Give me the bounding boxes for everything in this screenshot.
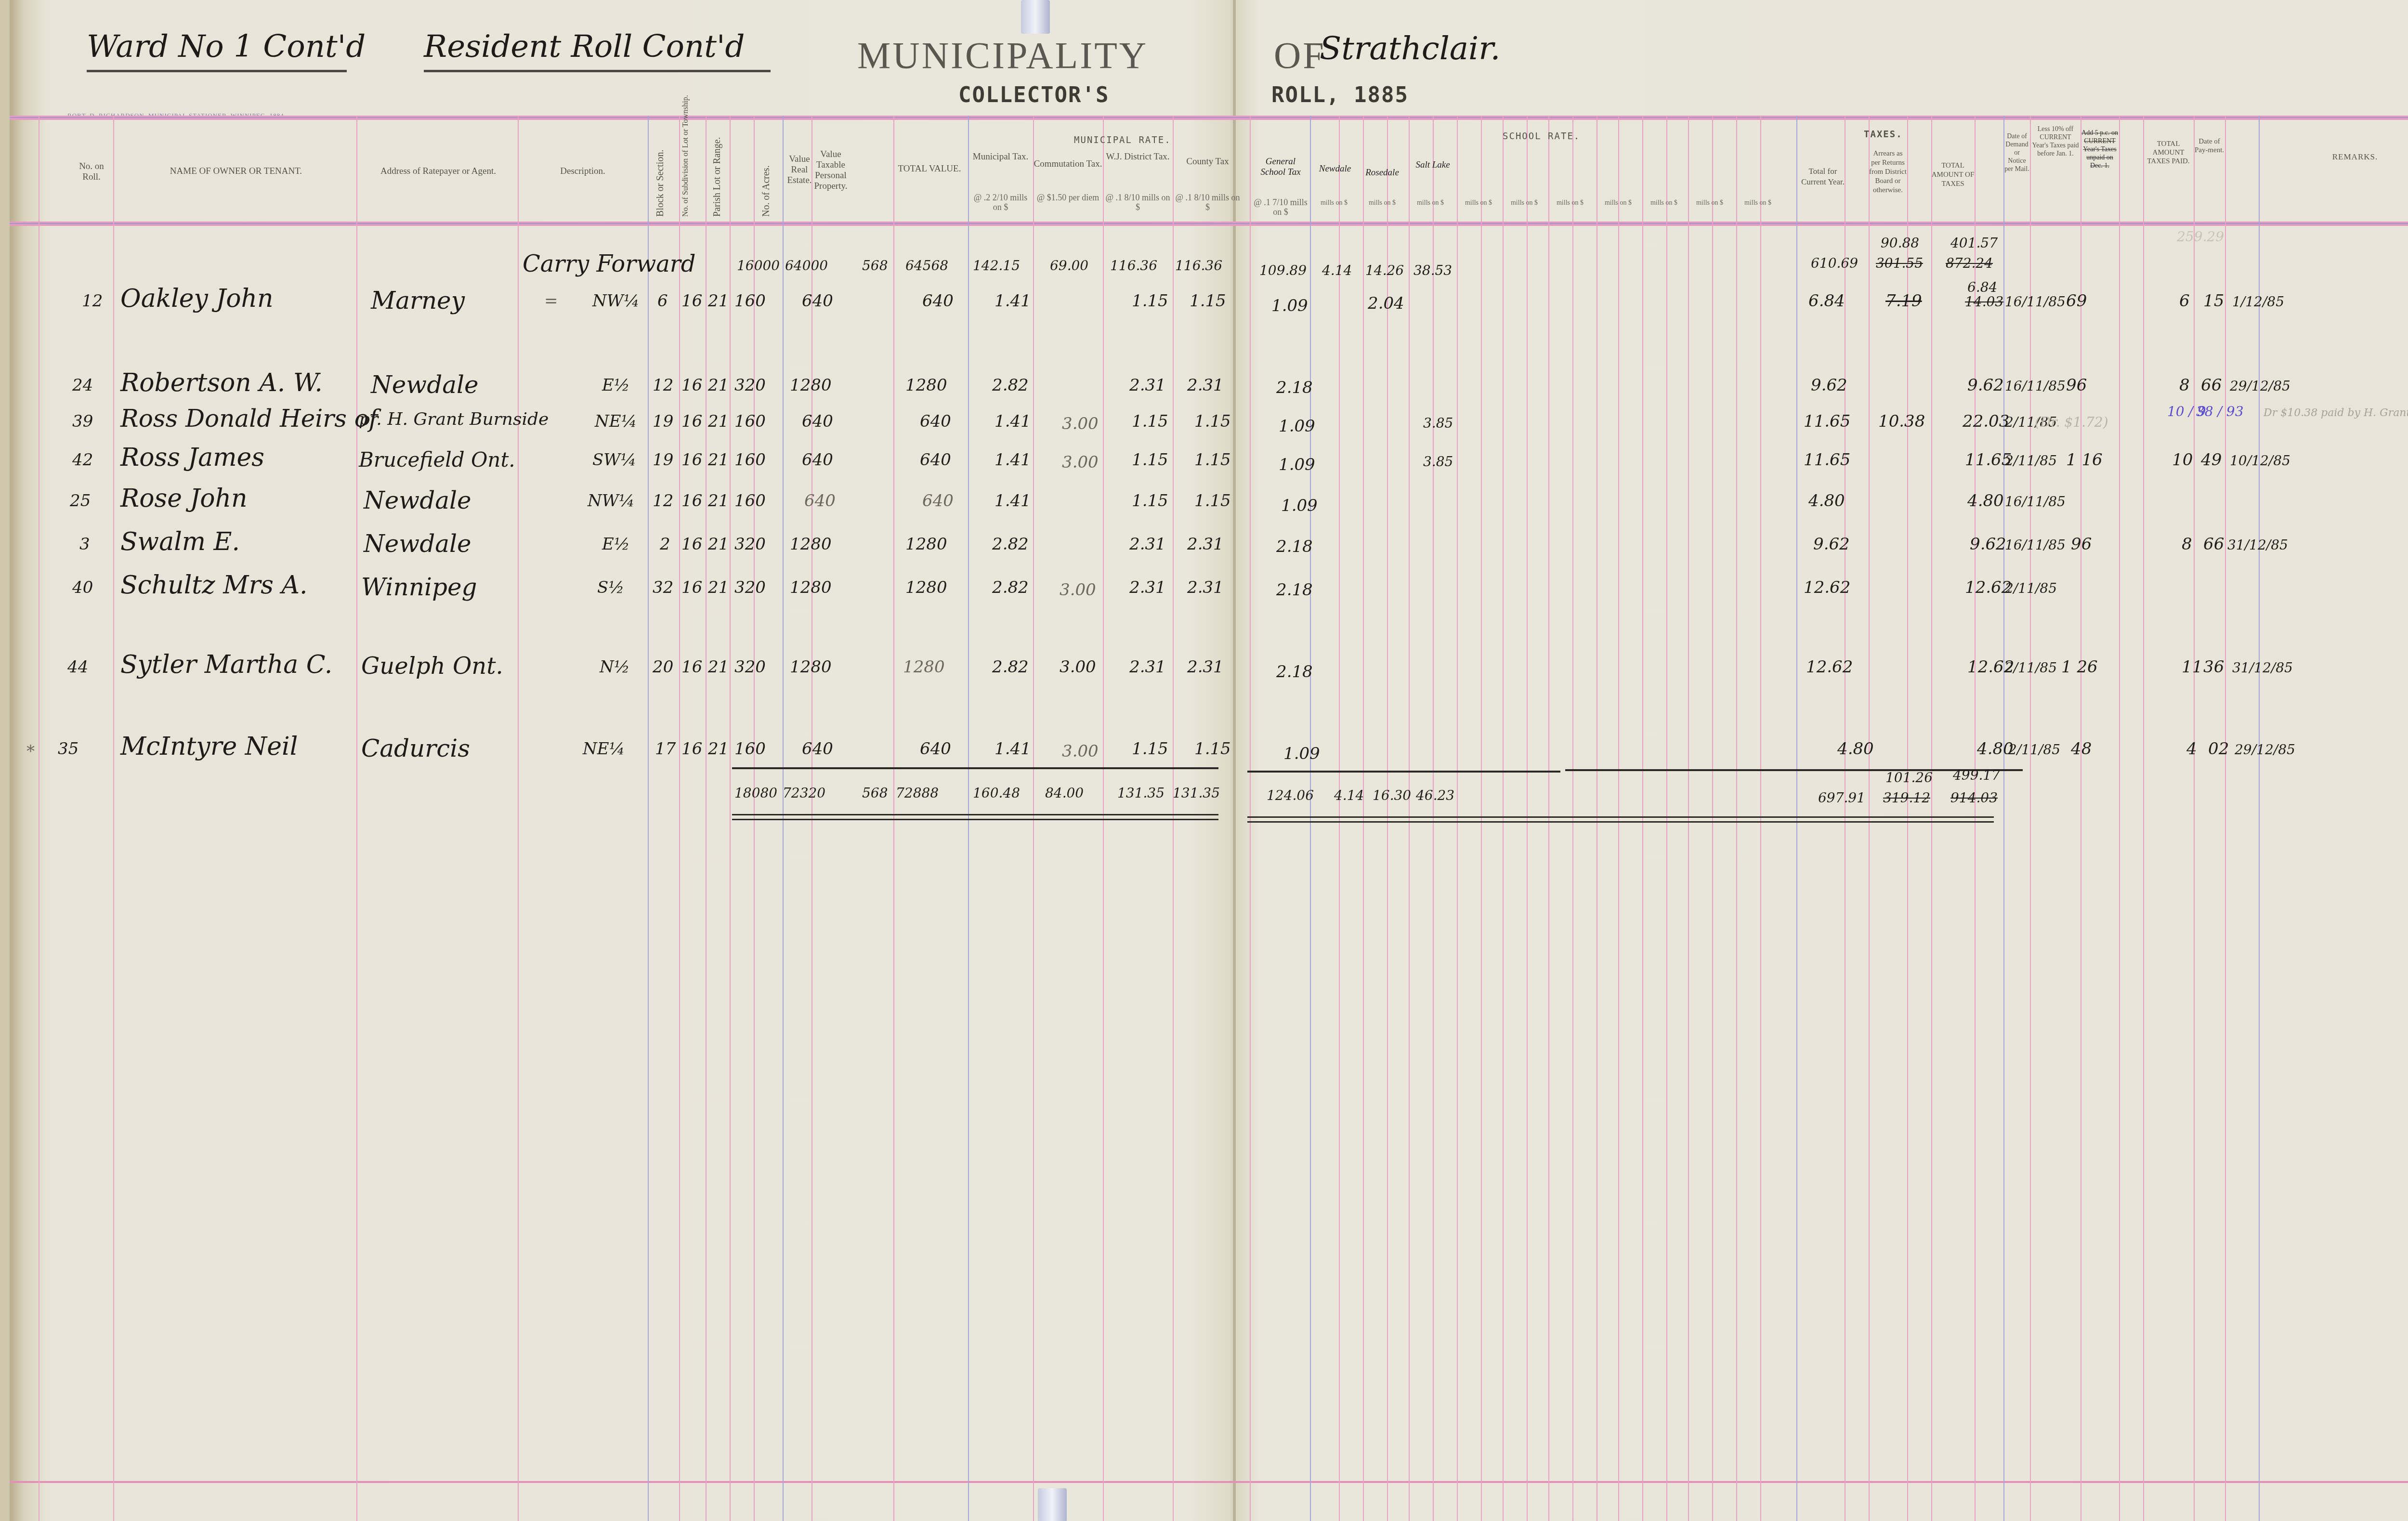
row-paid-cents: 36 (2203, 657, 2224, 677)
row-paid-cents: 15 (2203, 291, 2224, 311)
row-general-school: 1.09 (1283, 744, 1320, 763)
row-commutation: 3.00 (1062, 742, 1099, 761)
header-date-payment: Date of Pay-ment. (2194, 137, 2225, 155)
row-less: 1 16 (2066, 450, 2103, 470)
row-address: Brucefield Ont. (359, 448, 515, 472)
row-date-paid: 1/12/85 (2232, 294, 2284, 310)
row-county: 1.15 (1194, 450, 1231, 470)
row-total-value: 640 (920, 412, 951, 431)
row-real-estate: 1280 (790, 535, 832, 554)
row-municipal: 1.41 (995, 291, 1031, 311)
row-acres: 160 (734, 739, 766, 759)
row-total-taxes: 9.62 (1970, 535, 2006, 554)
of-heading: OF (1274, 34, 1326, 77)
header-add-5: Add 5 p.c. on CURRENT Year's Taxes unpai… (2081, 129, 2119, 170)
total-acres: 18080 (734, 785, 777, 801)
col-line (706, 116, 707, 1521)
col-line (2030, 116, 2031, 1521)
row-township: 16 (681, 376, 702, 395)
collectors-heading: COLLECTOR'S (958, 83, 1109, 107)
row-real-estate: 1280 (790, 657, 832, 677)
cf-total-taxes: 401.57 (1950, 235, 1998, 251)
row-paid-cents: 66 (2201, 376, 2222, 395)
row-real-estate: 640 (802, 291, 833, 311)
row-date-demand: 16/11/85 (2005, 294, 2066, 310)
row-real-estate: 640 (802, 739, 833, 759)
row-no: 42 (72, 450, 93, 470)
row-total-current: 11.65 (1804, 412, 1850, 431)
row-district: 1.15 (1132, 739, 1168, 759)
row-date-demand: 16/11/85 (2005, 378, 2066, 394)
cf-arrears: 90.88 (1881, 235, 1919, 251)
row-sub: 20 (653, 657, 673, 677)
header-salt-lake: Salt Lake (1406, 160, 1459, 170)
row-total-value: 1280 (903, 657, 945, 677)
rate-school-blank: mills on $ (1736, 198, 1780, 208)
row-total-current: 9.62 (1813, 535, 1850, 554)
cf-rosedale: 14.26 (1365, 262, 1404, 278)
total-county: 131.35 (1173, 785, 1220, 801)
header-municipal-rate: MUNICIPAL RATE. (1074, 135, 1171, 145)
row-no: 40 (72, 578, 93, 597)
row-general-school: 1.09 (1281, 496, 1318, 515)
header-no-on-roll: No. on Roll. (72, 161, 111, 183)
col-line (2119, 116, 2120, 1521)
col-line (2259, 116, 2260, 1521)
header-total-current: Total for Current Year. (1799, 166, 1847, 187)
row-name: Oakley John (120, 284, 274, 313)
row-county: 1.15 (1190, 291, 1226, 311)
row-commutation: 3.00 (1062, 453, 1099, 472)
header-commutation: Commutation Tax. (1033, 159, 1103, 170)
binder-clip-bottom (1038, 1488, 1067, 1521)
col-line (518, 116, 519, 1521)
row-range: 21 (708, 291, 729, 311)
total-personal: 568 (862, 785, 888, 801)
col-line (2194, 116, 2195, 1521)
row-block: NW¼ (588, 491, 635, 511)
row-acres: 160 (734, 450, 766, 470)
row-acres: 160 (734, 491, 766, 511)
row-county: 2.31 (1187, 535, 1224, 554)
row-paid-cents: 66 (2203, 535, 2224, 554)
row-range: 21 (708, 578, 729, 597)
row-municipal: 2.82 (992, 657, 1029, 677)
row-block: E½ (602, 376, 630, 395)
col-line (356, 116, 357, 1521)
row-paid-dollars: 4 (2186, 739, 2197, 759)
rate-county: @ .1 8/10 mills on $ (1173, 193, 1243, 212)
row-less: 1 26 (2061, 657, 2098, 677)
row-paid-dollars: 8 (2179, 376, 2190, 395)
total-total-current: 697.91 (1818, 790, 1865, 806)
row-rosedale: 2.04 (1368, 294, 1404, 313)
row-paid-dollars: 11 (2182, 657, 2202, 677)
rate-school-blank: mills on $ (1361, 198, 1404, 208)
cf-total-taxes-struck: 872.24 (1946, 255, 1993, 271)
row-name: Schultz Mrs A. (120, 571, 308, 600)
row-no: 39 (72, 412, 93, 431)
row-salt-lake: 3.85 (1423, 415, 1453, 431)
row-township: 16 (681, 291, 702, 311)
row-address: Newdale (364, 486, 471, 514)
row-date-demand: 2/11/85 (2005, 453, 2057, 469)
total-double-rule-left (732, 814, 1218, 820)
total-arrears: 101.26 (1885, 770, 1933, 786)
header-description: Description. (539, 166, 626, 177)
municipality-name: Strathclair. (1320, 30, 1500, 67)
row-district: 2.31 (1129, 535, 1166, 554)
row-range: 21 (708, 739, 729, 759)
row-name: Ross James (120, 443, 264, 472)
col-line (2081, 116, 2081, 1521)
cf-district: 116.36 (1110, 258, 1157, 274)
row-general-school: 2.18 (1276, 662, 1313, 682)
row-total-value: 1280 (905, 535, 947, 554)
cf-salt-lake: 38.53 (1413, 262, 1452, 278)
roll-type-title: Resident Roll Cont'd (424, 29, 745, 65)
row-address: Winnipeg (361, 573, 477, 601)
row-total-taxes: 22.03 (1963, 412, 2009, 431)
header-newdale: Newdale (1311, 164, 1359, 174)
row-paid-cents: 38 / 93 (2196, 404, 2244, 420)
row-no: 12 (82, 291, 103, 311)
row-general-school: 2.18 (1276, 378, 1313, 397)
row-sub: 19 (653, 450, 673, 470)
col-line (2003, 116, 2004, 1521)
col-line (730, 116, 731, 1521)
row-name: Sytler Martha C. (120, 650, 332, 679)
row-township: 16 (681, 535, 702, 554)
row-address: Cadurcis (361, 734, 470, 762)
row-block: NW¼ (592, 291, 640, 311)
rate-school-blank: mills on $ (1503, 198, 1546, 208)
header-municipal-tax: Municipal Tax. (970, 152, 1031, 162)
row-total-current: 12.62 (1804, 578, 1850, 597)
row-no: 25 (70, 491, 91, 511)
rate-school-blank: mills on $ (1688, 198, 1731, 208)
binder-clip-top (1021, 0, 1050, 34)
row-arrears: 10.38 (1878, 412, 1925, 431)
header-district-tax: W.J. District Tax. (1103, 152, 1173, 162)
row-sub: 12 (653, 376, 673, 395)
rate-school-blank: mills on $ (1597, 198, 1640, 208)
rate-school-blank: mills on $ (1548, 198, 1592, 208)
total-district: 131.35 (1117, 785, 1165, 801)
row-township: 16 (681, 491, 702, 511)
header-total-amount-taxes: TOTAL AMOUNT OF TAXES (1931, 161, 1975, 189)
header-total-value: TOTAL VALUE. (896, 164, 963, 174)
row-county: 2.31 (1187, 657, 1224, 677)
cf-municipal: 142.15 (973, 258, 1020, 274)
rate-commutation: @ $1.50 per diem (1033, 193, 1103, 202)
row-block: S½ (597, 578, 624, 597)
header-date-demand: Date of Demand or Notice per Mail. (2004, 132, 2029, 173)
rate-district: @ .1 8/10 mills on $ (1103, 193, 1173, 212)
rate-school-blank: mills on $ (1409, 198, 1452, 208)
row-address: Guelph Ont. (361, 653, 503, 680)
row-paid-dollars: 6 (2179, 291, 2190, 311)
total-total-taxes-struck: 914.03 (1950, 790, 1998, 806)
row-county: 2.31 (1187, 376, 1224, 395)
row-total-value: 640 (922, 291, 954, 311)
row-total-current: 9.62 (1811, 376, 1847, 395)
total-commutation: 84.00 (1045, 785, 1084, 801)
row-name: Robertson A. W. (120, 368, 323, 397)
row-less: 96 (2066, 376, 2087, 395)
row-name: Ross Donald Heirs of (120, 405, 378, 433)
row-acres: 320 (734, 657, 766, 677)
faint-total: 259.29 (2177, 229, 2224, 245)
row-municipal: 1.41 (995, 450, 1031, 470)
row-total-taxes: 6.84 (1967, 279, 1997, 295)
total-general-school: 124.06 (1267, 787, 1314, 803)
row-municipal: 1.41 (995, 739, 1031, 759)
row-less: 96 (2071, 535, 2092, 554)
row-district: 2.31 (1129, 376, 1166, 395)
row-township: 16 (681, 412, 702, 431)
header-county-tax: County Tax (1173, 157, 1243, 167)
rate-school-blank: mills on $ (1642, 198, 1686, 208)
row-less: 69 (2066, 291, 2087, 311)
row-total-current: 4.80 (1808, 491, 1845, 511)
header-top-rule (10, 116, 2408, 120)
roll-type-underline (424, 70, 771, 72)
total-rosedale: 16.30 (1373, 787, 1411, 803)
row-range: 21 (708, 535, 729, 554)
row-general-school: 2.18 (1276, 580, 1313, 600)
subtotal-rule-right (1247, 771, 1560, 773)
row-no: 3 (79, 535, 90, 554)
row-real-estate: 1280 (790, 578, 832, 597)
total-total-value: 72888 (896, 785, 939, 801)
row-date-paid: 31/12/85 (2227, 537, 2288, 553)
row-less: 48 (2071, 739, 2092, 759)
row-district: 1.15 (1132, 491, 1168, 511)
cf-newdale: 4.14 (1322, 262, 1352, 278)
cf-arrears-struck: 301.55 (1876, 255, 1923, 271)
header-parish: Parish Lot or Range. (712, 130, 723, 217)
row-range: 21 (708, 491, 729, 511)
row-remarks: Dr $10.38 paid by H. Grant 10/12/85 — Pa… (2264, 407, 2408, 419)
row-date-demand: 16/11/85 (2005, 537, 2066, 553)
col-line (2225, 116, 2226, 1521)
row-description: = (544, 291, 558, 311)
row-total-current: 12.62 (1806, 657, 1853, 677)
row-paid-cents: 49 (2201, 450, 2222, 470)
row-paid-dollars: 10 (2172, 450, 2193, 470)
row-acres: 160 (734, 412, 766, 431)
header-address: Address of Ratepayer or Agent. (361, 166, 515, 177)
row-township: 16 (681, 450, 702, 470)
row-real-estate: 1280 (790, 376, 832, 395)
row-district: 1.15 (1132, 450, 1168, 470)
cf-personal: 568 (862, 258, 888, 274)
row-real-estate: 640 (804, 491, 836, 511)
row-general-school: 1.09 (1279, 455, 1315, 474)
row-county: 1.15 (1194, 412, 1231, 431)
row-date-paid: 31/12/85 (2232, 660, 2293, 676)
row-general-school: 1.09 (1271, 296, 1308, 315)
row-total-current: 4.80 (1837, 739, 1874, 759)
row-block: N½ (600, 657, 630, 677)
faint-note: (Dr. $1.72) (2035, 414, 2108, 430)
row-date-demand: 2/11/85 (2005, 660, 2057, 676)
row-commutation: 3.00 (1060, 657, 1096, 677)
header-acres: No. of Acres. (761, 164, 772, 217)
row-commutation: 3.00 (1060, 580, 1096, 600)
row-commutation: 3.00 (1062, 414, 1099, 433)
row-no: 35 (58, 739, 79, 759)
row-salt-lake: 3.85 (1423, 454, 1453, 470)
row-paid-cents: 02 (2208, 739, 2229, 759)
row-township: 16 (681, 739, 702, 759)
rate-municipal: @ .2 2/10 mills on $ (970, 193, 1031, 212)
row-district: 2.31 (1129, 657, 1166, 677)
row-total-current: 11.65 (1804, 450, 1850, 470)
cf-real-estate: 64000 (785, 258, 828, 274)
rate-general-school: @ .1 7/10 mills on $ (1252, 197, 1309, 217)
row-block: NE¼ (595, 412, 637, 431)
row-district: 2.31 (1129, 578, 1166, 597)
row-name: Swalm E. (120, 527, 240, 556)
row-total-value: 640 (922, 491, 954, 511)
row-total-taxes: 4.80 (1967, 491, 2004, 511)
row-acres: 320 (734, 376, 766, 395)
total-total-taxes: 499.17 (1953, 767, 2000, 783)
header-subdivision: No. of Subdivision of Lot or Township. (681, 130, 690, 217)
row-date-demand: 2/11/85 (2005, 580, 2057, 596)
ward-title: Ward No 1 Cont'd (87, 29, 366, 65)
row-block: NE¼ (583, 739, 625, 759)
total-newdale: 4.14 (1334, 787, 1364, 803)
total-municipal: 160.48 (973, 785, 1020, 801)
carry-forward-label: Carry Forward (523, 250, 696, 277)
total-double-rule-right (1247, 816, 1994, 823)
header-remarks: REMARKS. (2264, 152, 2408, 162)
row-real-estate: 640 (802, 450, 833, 470)
header-total-paid: TOTAL AMOUNT TAXES PAID. (2143, 140, 2194, 166)
row-township: 16 (681, 657, 702, 677)
subtotal-rule-left (732, 767, 1218, 769)
row-name: McIntyre Neil (120, 732, 298, 761)
row-district: 1.15 (1132, 291, 1168, 311)
row-block: SW¼ (592, 450, 636, 470)
asterisk-mark: * (26, 742, 35, 761)
row-total-value: 640 (920, 739, 951, 759)
row-address: Marney (371, 287, 465, 315)
row-name: Rose John (120, 484, 248, 513)
row-date-demand: 16/11/85 (2005, 494, 2066, 510)
row-total-value: 640 (920, 450, 951, 470)
row-district: 1.15 (1132, 412, 1168, 431)
cf-acres: 16000 (737, 258, 780, 274)
row-address: Newdale (364, 530, 471, 558)
book-spine (1233, 0, 1236, 1521)
row-paid-dollars: 8 (2182, 535, 2192, 554)
rate-school-blank: mills on $ (1457, 198, 1500, 208)
row-sub: 12 (653, 491, 673, 511)
row-general-school: 1.09 (1279, 417, 1315, 436)
row-sub: 17 (655, 739, 676, 759)
row-date-paid: 10/12/85 (2230, 453, 2290, 469)
row-county: 1.15 (1194, 491, 1231, 511)
header-less-10: Less 10% off CURRENT Year's Taxes paid b… (2031, 125, 2080, 158)
row-arrears: 7.19 (1885, 291, 1922, 311)
row-municipal: 2.82 (992, 535, 1029, 554)
col-line (2143, 116, 2144, 1521)
row-county: 1.15 (1194, 739, 1231, 759)
row-municipal: 2.82 (992, 376, 1029, 395)
page-bottom-rule (10, 1481, 2408, 1483)
row-no: 44 (67, 657, 88, 677)
total-arrears-struck: 319.12 (1883, 790, 1930, 806)
header-school-rate: SCHOOL RATE. (1503, 131, 1580, 142)
right-page (1230, 0, 2408, 1521)
row-county: 2.31 (1187, 578, 1224, 597)
row-address: pr. H. Grant Burnside (359, 409, 549, 429)
rate-school-blank: mills on $ (1312, 198, 1356, 208)
roll-year-heading: ROLL, 1885 (1271, 83, 1409, 107)
row-range: 21 (708, 376, 729, 395)
header-taxes: TAXES. (1864, 129, 1903, 140)
row-acres: 320 (734, 535, 766, 554)
row-range: 21 (708, 657, 729, 677)
row-real-estate: 640 (802, 412, 833, 431)
row-date-paid: 29/12/85 (2235, 742, 2295, 758)
header-name: NAME OF OWNER OR TENANT. (140, 166, 332, 177)
row-date-paid: 29/12/85 (2230, 378, 2290, 394)
cf-county: 116.36 (1175, 258, 1222, 274)
header-real-estate: Value Real Estate. (785, 154, 814, 186)
row-sub: 6 (657, 291, 668, 311)
row-acres: 160 (734, 291, 766, 311)
row-range: 21 (708, 412, 729, 431)
row-total-taxes: 9.62 (1967, 376, 2004, 395)
municipality-heading: MUNICIPALITY (857, 34, 1148, 77)
header-rosedale: Rosedale (1358, 168, 1406, 178)
row-total-value: 1280 (905, 578, 947, 597)
cf-commutation: 69.00 (1050, 258, 1088, 274)
cf-total-value: 64568 (905, 258, 948, 274)
row-municipal: 2.82 (992, 578, 1029, 597)
row-sub: 2 (660, 535, 670, 554)
col-line (113, 116, 114, 1521)
total-salt-lake: 46.23 (1416, 787, 1454, 803)
row-sub: 32 (653, 578, 673, 597)
row-block: E½ (602, 535, 630, 554)
row-township: 16 (681, 578, 702, 597)
row-total-taxes-struck: 14.03 (1965, 294, 2003, 310)
col-line (679, 116, 680, 1521)
row-no: 24 (72, 376, 93, 395)
row-sub: 19 (653, 412, 673, 431)
row-address: Newdale (371, 371, 479, 399)
row-municipal: 1.41 (995, 491, 1031, 511)
row-total-value: 1280 (905, 376, 947, 395)
col-line (648, 116, 649, 1521)
col-line (39, 116, 39, 1521)
row-date-demand: 2/11/85 (2008, 742, 2060, 758)
ward-underline (87, 70, 347, 72)
header-arrears: Arrears as per Returns from District Boa… (1869, 149, 1907, 195)
header-general-school-tax: General School Tax (1252, 157, 1309, 178)
header-block: Block or Section. (655, 140, 666, 217)
row-range: 21 (708, 450, 729, 470)
row-acres: 320 (734, 578, 766, 597)
total-real-estate: 72320 (783, 785, 825, 801)
row-municipal: 1.41 (995, 412, 1031, 431)
